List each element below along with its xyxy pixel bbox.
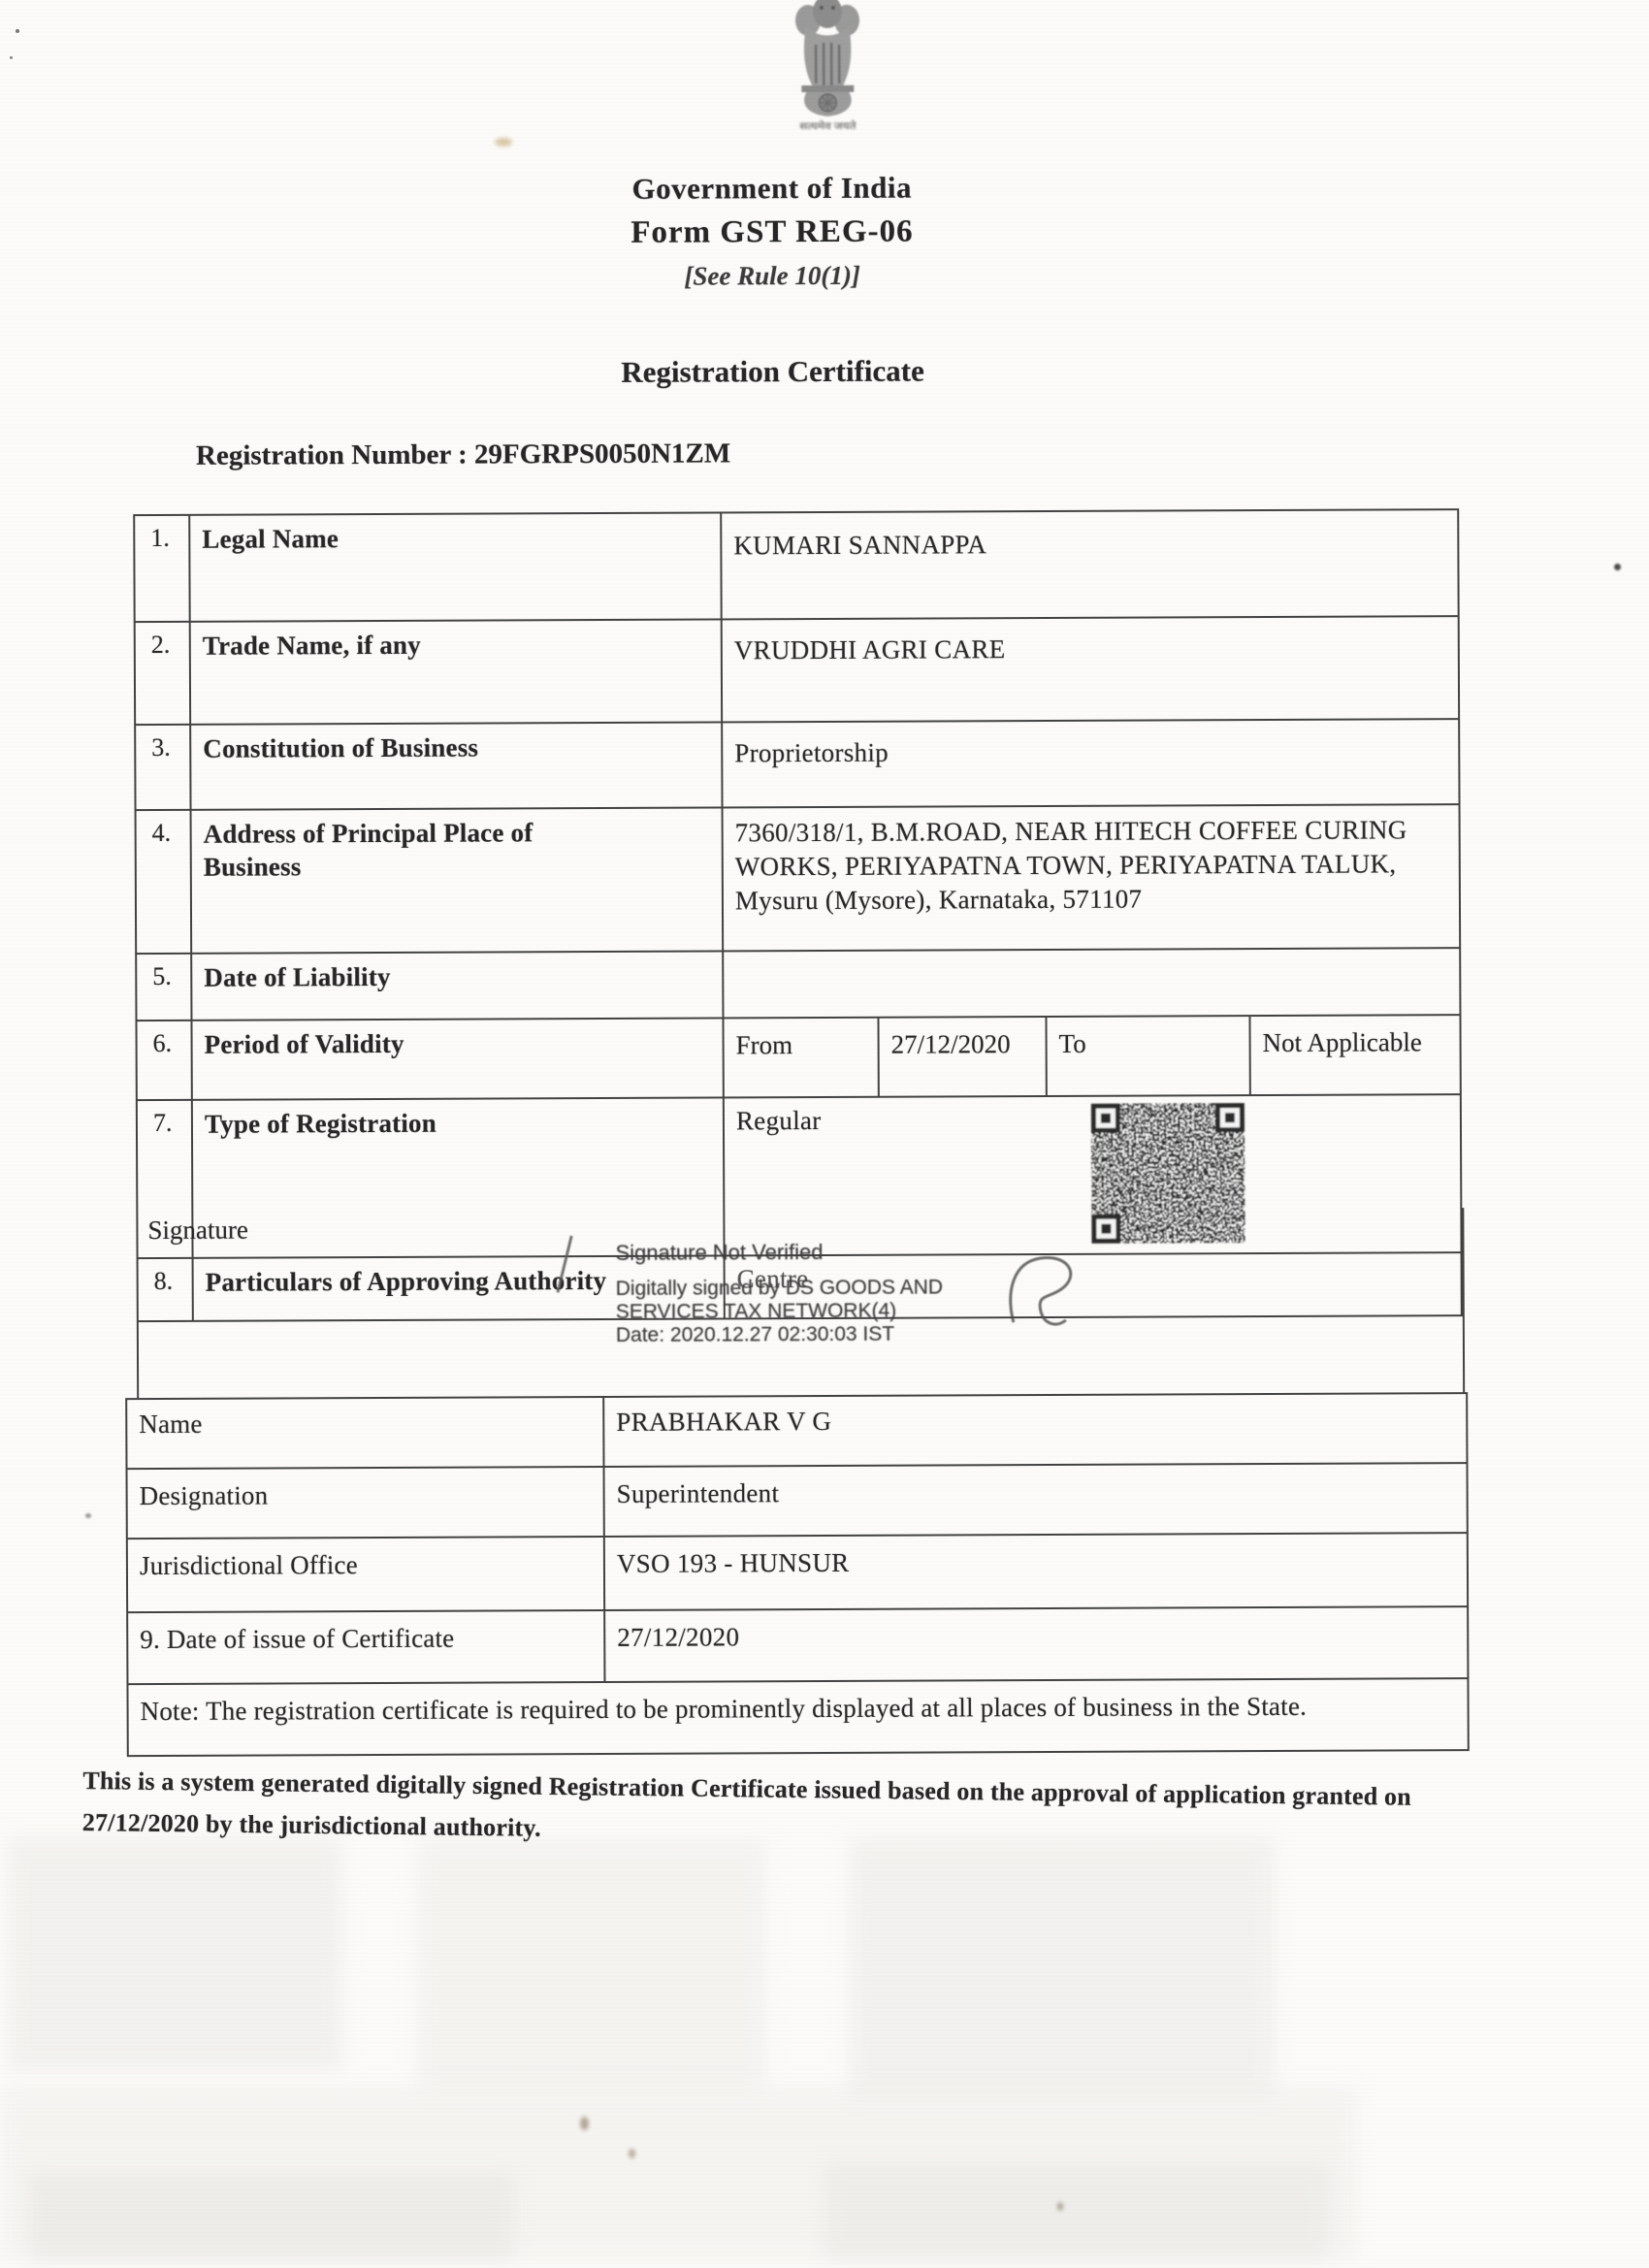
- validity-from-value-cell: 27/12/2020: [878, 1017, 1046, 1097]
- rule-reference: [See Rule 10(1)]: [0, 258, 1548, 295]
- officer-table: Name PRABHAKAR V G Designation Superinte…: [125, 1392, 1470, 1757]
- officer-label-cell: Jurisdictional Office: [127, 1537, 604, 1612]
- signature-label: Signature: [147, 1215, 248, 1246]
- system-generated-statement: This is a system generated digitally sig…: [82, 1761, 1531, 1862]
- row-label-cell: Address of Principal Place of Business: [191, 807, 724, 953]
- officer-value-cell: PRABHAKAR V G: [603, 1393, 1467, 1467]
- registration-type-value: Regular: [736, 1106, 822, 1135]
- table-row: 6. Period of Validity From 27/12/2020 To…: [136, 1015, 1460, 1100]
- validity-to-value-cell: Not Applicable: [1249, 1015, 1460, 1095]
- ashoka-emblem-icon: [777, 0, 879, 120]
- registration-number-line: Registration Number : 29FGRPS0050N1ZM: [196, 437, 730, 471]
- validity-from-label-cell: From: [723, 1018, 878, 1098]
- table-row: Jurisdictional Office VSO 193 - HUNSUR: [127, 1533, 1468, 1612]
- row-label: Legal Name: [202, 522, 629, 557]
- row-label-cell: Period of Validity: [191, 1018, 723, 1099]
- table-row: 1. Legal Name KUMARI SANNAPPA: [134, 509, 1458, 622]
- officer-label-cell: Designation: [126, 1467, 603, 1539]
- row-number-cell: 1.: [134, 515, 189, 622]
- officer-label-cell: Name: [126, 1397, 603, 1469]
- row-number-cell: 3.: [135, 725, 190, 810]
- row-value-cell: KUMARI SANNAPPA: [721, 509, 1458, 619]
- table-row: 4. Address of Principal Place of Busines…: [136, 804, 1461, 954]
- officer-value-cell: Superintendent: [603, 1463, 1467, 1537]
- table-row: Name PRABHAKAR V G: [126, 1393, 1467, 1469]
- row-label: Type of Registration: [205, 1107, 631, 1142]
- scanned-certificate-page: सत्यमेव जयते Government of India Form GS…: [0, 0, 1649, 2268]
- certificate-content: सत्यमेव जयते Government of India Form GS…: [0, 0, 1649, 2268]
- validity-to-label-cell: To: [1046, 1016, 1249, 1096]
- row-number-cell: 4.: [136, 810, 192, 954]
- row-number-cell: 6.: [136, 1021, 191, 1100]
- digitally-signed-line: Digitally signed by DS GOODS AND: [616, 1276, 943, 1300]
- signature-date-line: Date: 2020.12.27 02:30:03 IST: [616, 1322, 943, 1346]
- row-label-cell: Trade Name, if any: [190, 619, 722, 724]
- signature-squiggle-mark: [986, 1223, 1122, 1341]
- satyameva-jayate-motto: सत्यमेव जयते: [763, 118, 891, 133]
- details-table: 1. Legal Name KUMARI SANNAPPA 2. Trade N…: [133, 508, 1463, 1322]
- note-row: Note: The registration certificate is re…: [127, 1678, 1468, 1756]
- row-value-cell: [723, 948, 1460, 1018]
- table-row: 5. Date of Liability: [136, 948, 1460, 1021]
- signature-not-verified-text: Signature Not Verified: [615, 1239, 942, 1265]
- row-label: Constitution of Business: [203, 731, 630, 766]
- row-label: Trade Name, if any: [203, 629, 630, 664]
- row-value-cell: 7360/318/1, B.M.ROAD, NEAR HITECH COFFEE…: [723, 804, 1461, 951]
- address-value: 7360/318/1, B.M.ROAD, NEAR HITECH COFFEE…: [735, 813, 1424, 918]
- row-label-cell: Date of Liability: [191, 951, 723, 1020]
- officer-label-cell: 9. Date of issue of Certificate: [127, 1610, 604, 1684]
- registration-number-value: 29FGRPS0050N1ZM: [474, 437, 730, 470]
- row-number-cell: 2.: [135, 622, 190, 725]
- table-row: 3. Constitution of Business Proprietorsh…: [135, 719, 1459, 810]
- signature-section: Signature Signature Not Verified Digital…: [136, 1208, 1465, 1398]
- officer-value-cell: VSO 193 - HUNSUR: [604, 1533, 1468, 1610]
- government-of-india-heading: Government of India: [0, 168, 1548, 210]
- row-value-cell: VRUDDHI AGRI CARE: [722, 616, 1459, 722]
- note-cell: Note: The registration certificate is re…: [127, 1678, 1468, 1756]
- row-label: Address of Principal Place of Business: [204, 817, 630, 884]
- table-row: 2. Trade Name, if any VRUDDHI AGRI CARE: [135, 616, 1459, 725]
- digital-signature-stamp: Signature Not Verified Digitally signed …: [615, 1239, 943, 1346]
- row-label: Period of Validity: [205, 1027, 631, 1062]
- form-title: Form GST REG-06: [0, 211, 1548, 254]
- table-row: 9. Date of issue of Certificate 27/12/20…: [127, 1606, 1468, 1684]
- registration-number-label: Registration Number :: [196, 439, 474, 471]
- row-number-cell: 5.: [136, 954, 191, 1021]
- row-label: Date of Liability: [204, 960, 630, 995]
- row-label-cell: Legal Name: [189, 512, 721, 621]
- officer-value-cell: 27/12/2020: [604, 1606, 1468, 1682]
- pen-slash-mark: [556, 1236, 572, 1293]
- certificate-title: Registration Certificate: [0, 351, 1549, 393]
- row-value-cell: Proprietorship: [722, 719, 1459, 807]
- table-row: Designation Superintendent: [126, 1463, 1467, 1539]
- row-label-cell: Constitution of Business: [190, 722, 722, 809]
- network-line: SERVICES TAX NETWORK(4): [616, 1299, 943, 1323]
